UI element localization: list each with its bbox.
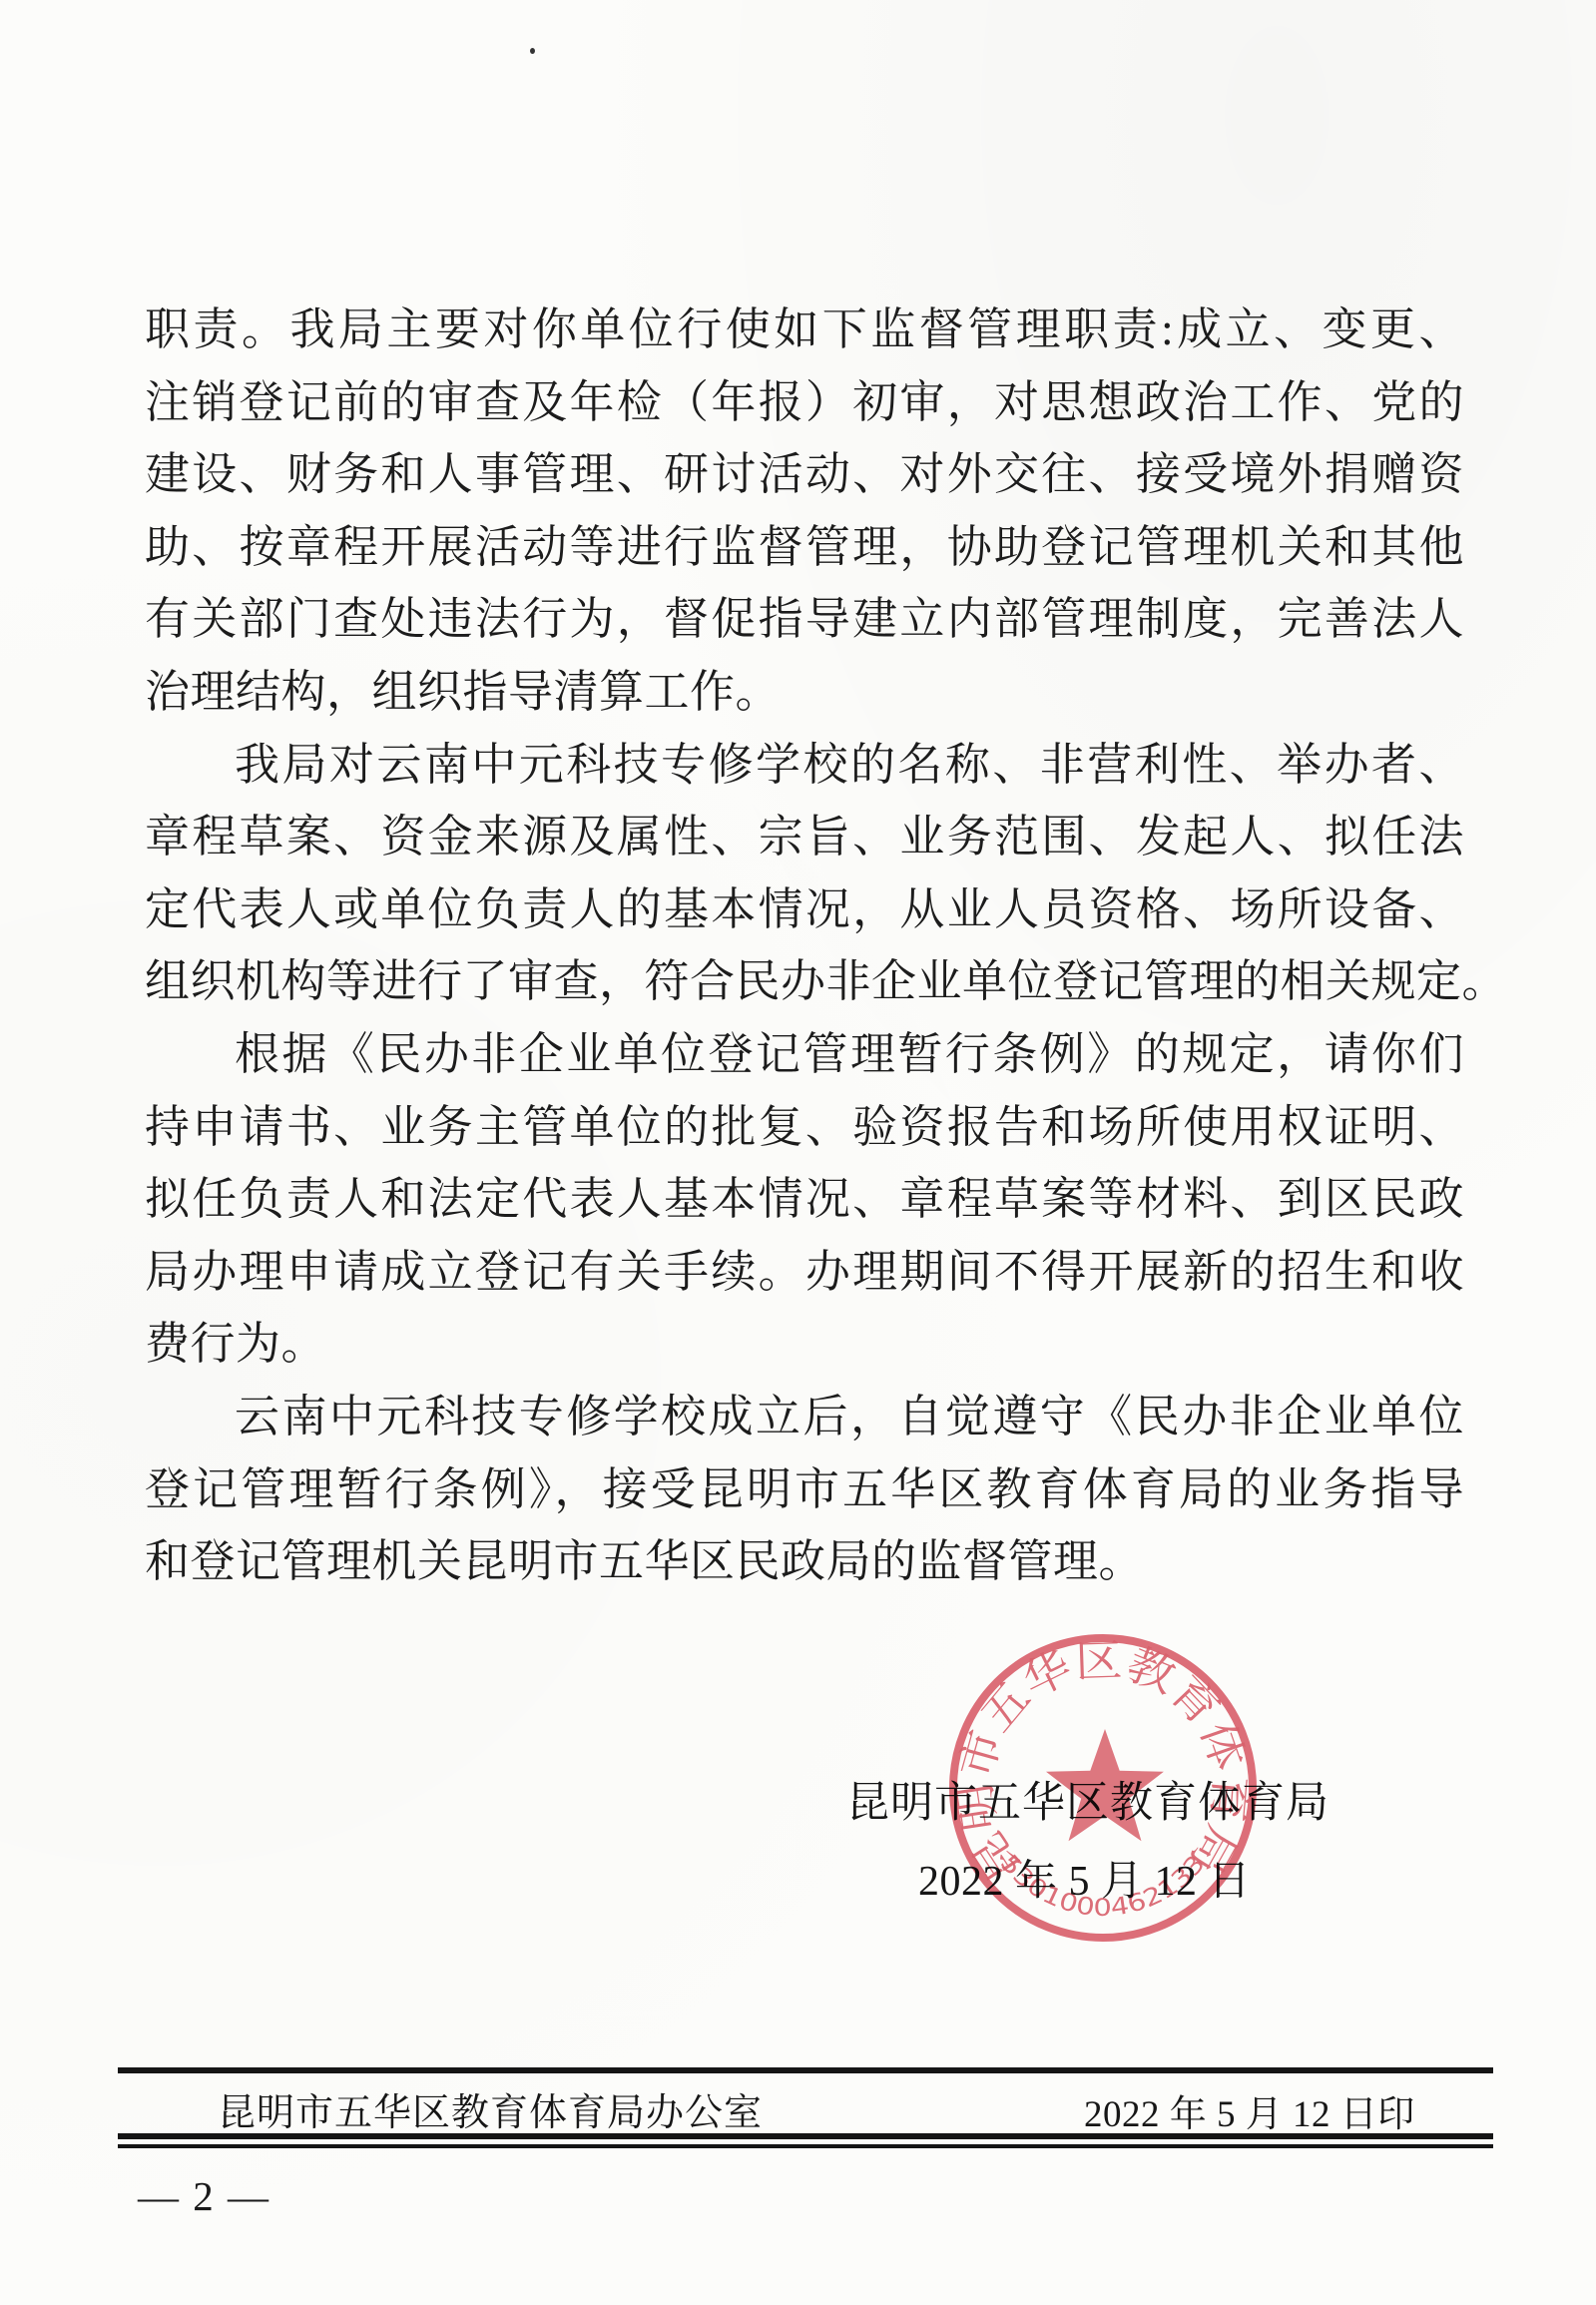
stamp-star-icon [1046, 1729, 1164, 1841]
body-line: 云南中元科技专修学校成立后，自觉遵守《民办非企业单位 [145, 1381, 1464, 1453]
footer-rule-bottom [118, 2144, 1493, 2148]
body-line: 组织机构等进行了审查，符合民办非企业单位登记管理的相关规定。 [145, 945, 1464, 1018]
body-line: 职责。我局主要对你单位行使如下监督管理职责:成立、变更、 [145, 293, 1464, 366]
document-page: 职责。我局主要对你单位行使如下监督管理职责:成立、变更、 注销登记前的审查及年检… [0, 0, 1596, 2305]
body-line: 助、按章程开展活动等进行监督管理，协助登记管理机关和其他 [145, 511, 1464, 584]
body-line: 我局对云南中元科技专修学校的名称、非营利性、举办者、 [145, 729, 1464, 802]
official-seal-stamp: 昆明市五华区教育体育局 5301000462133 [938, 1623, 1268, 1953]
scan-speck [530, 48, 535, 54]
body-line: 登记管理暂行条例》，接受昆明市五华区教育体育局的业务指导 [145, 1453, 1464, 1526]
body-line: 持申请书、业务主管单位的批复、验资报告和场所使用权证明、 [145, 1091, 1464, 1164]
body-line: 治理结构，组织指导清算工作。 [145, 656, 1464, 729]
body-line: 注销登记前的审查及年检（年报）初审，对思想政治工作、党的 [145, 366, 1464, 439]
body-line: 章程草案、资金来源及属性、宗旨、业务范围、发起人、拟任法 [145, 801, 1464, 873]
footer-rule-top [118, 2067, 1493, 2073]
letter-body: 职责。我局主要对你单位行使如下监督管理职责:成立、变更、 注销登记前的审查及年检… [145, 293, 1464, 1598]
footer-rule-bottom [118, 2133, 1493, 2139]
footer-office-name: 昆明市五华区教育体育局办公室 [218, 2081, 763, 2136]
body-line: 根据《民办非企业单位登记管理暂行条例》的规定，请你们 [145, 1018, 1464, 1091]
body-line: 局办理申请成立登记有关手续。办理期间不得开展新的招生和收 [145, 1236, 1464, 1309]
footer-print-date: 2022 年 5 月 12 日印 [1084, 2083, 1415, 2137]
body-line: 建设、财务和人事管理、研讨活动、对外交往、接受境外捐赠资 [145, 438, 1464, 511]
body-line: 费行为。 [145, 1308, 1464, 1381]
body-line: 有关部门查处违法行为，督促指导建立内部管理制度，完善法人 [145, 583, 1464, 656]
page-number: — 2 — [138, 2172, 270, 2220]
body-line: 拟任负责人和法定代表人基本情况、章程草案等材料、到区民政 [145, 1163, 1464, 1236]
body-line: 和登记管理机关昆明市五华区民政局的监督管理。 [145, 1525, 1464, 1598]
body-line: 定代表人或单位负责人的基本情况，从业人员资格、场所设备、 [145, 873, 1464, 946]
